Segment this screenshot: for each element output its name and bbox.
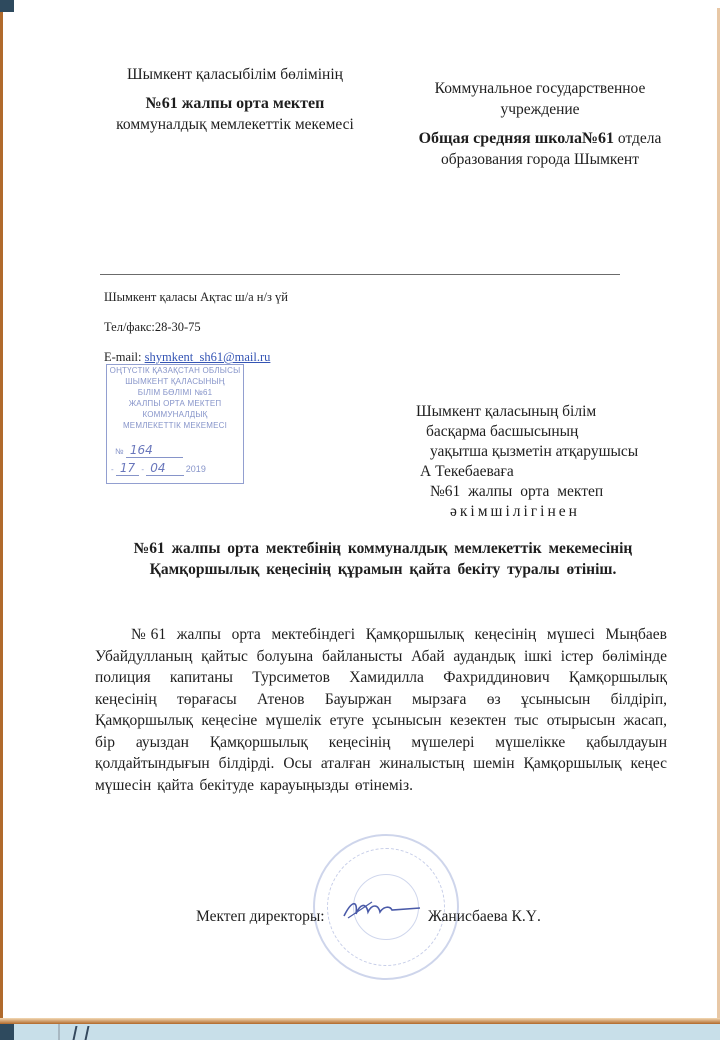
- header-right-school: Общая средняя школа№61: [419, 130, 614, 147]
- signature-line: Мектеп директоры: Жанисбаева К.Ү.: [196, 908, 325, 926]
- stamp-registration-number: № 164: [115, 445, 235, 457]
- decorative-stroke: [85, 1026, 90, 1040]
- addressee-line: №61 жалпы орта мектеп: [416, 482, 638, 502]
- stamp-date: - 17 - 04 2019: [111, 463, 239, 475]
- body-paragraph: №61 жалпы орта мектебіндегі Қамқоршылық …: [95, 624, 667, 796]
- email-label: E-mail:: [104, 350, 145, 364]
- addressee-block: Шымкент қаласының білім басқарма басшысы…: [416, 402, 638, 522]
- stamp-line: КОММУНАЛДЫҚ: [107, 409, 243, 420]
- decorative-stroke: [73, 1026, 78, 1040]
- stamp-date-year: 2019: [186, 464, 206, 474]
- stamp-line: ЖАЛПЫ ОРТА МЕКТЕП: [107, 398, 243, 409]
- stamp-line: МЕМЛЕКЕТТІК МЕКЕМЕСІ: [107, 420, 243, 431]
- document-title: №61 жалпы орта мектебінің коммуналдық ме…: [80, 538, 686, 580]
- email-link[interactable]: shymkent_sh61@mail.ru: [145, 350, 271, 364]
- document-body: №61 жалпы орта мектебіндегі Қамқоршылық …: [95, 624, 667, 796]
- frame-corner-bottom-left: [0, 1024, 14, 1040]
- addressee-line: А Текебаеваға: [416, 462, 638, 482]
- header-right-line3: Общая средняя школа№61 отдела: [395, 128, 685, 149]
- header-right-line1: Коммунальное государственное: [395, 78, 685, 99]
- frame-corner-top-left: [0, 0, 14, 12]
- addressee-line: әкімшілігінен: [416, 502, 638, 522]
- decorative-pole: [58, 1024, 60, 1040]
- signature-mark: [342, 896, 422, 922]
- addressee-line: Шымкент қаласының білім: [416, 402, 638, 422]
- header-right-line2: учреждение: [395, 99, 685, 120]
- header-right-line3-rest: отдела: [614, 130, 661, 147]
- addressee-line: басқарма басшысының: [416, 422, 638, 442]
- header-divider: [100, 274, 620, 275]
- contact-email: E-mail: shymkent_sh61@mail.ru: [104, 350, 270, 365]
- background-bar: [0, 1024, 720, 1040]
- stamp-reg-label: №: [115, 447, 124, 456]
- signature-label: Мектеп директоры:: [196, 908, 325, 925]
- header-kazakh: Шымкент қаласыбілім бөлімінің №61 жалпы …: [100, 64, 370, 135]
- stamp-line: ОҢТҮСТІК ҚАЗАҚСТАН ОБЛЫСЫ: [107, 365, 243, 376]
- contact-phone: Тел/факс:28-30-75: [104, 320, 201, 335]
- signatory-name: Жанисбаева К.Ү.: [428, 908, 541, 926]
- registration-stamp: ОҢТҮСТІК ҚАЗАҚСТАН ОБЛЫСЫ ШЫМКЕНТ ҚАЛАСЫ…: [106, 364, 244, 484]
- title-line2: Қамқоршылық кеңесінің құрамын қайта бекі…: [80, 559, 686, 580]
- stamp-date-day: 17: [116, 461, 139, 476]
- contact-address: Шымкент қаласы Ақтас ш/а н/з үй: [104, 290, 288, 305]
- header-left-school: №61 жалпы орта мектеп: [100, 93, 370, 114]
- addressee-line: уақытша қызметін атқарушысы: [416, 442, 638, 462]
- header-left-line1: Шымкент қаласыбілім бөлімінің: [100, 64, 370, 85]
- header-left-line3: коммуналдық мемлекеттік мекемесі: [100, 114, 370, 135]
- stamp-date-month: 04: [146, 461, 183, 476]
- header-right-line4: образования города Шымкент: [395, 149, 685, 170]
- frame-left-edge: [0, 12, 3, 1018]
- header-russian: Коммунальное государственное учреждение …: [395, 78, 685, 170]
- stamp-reg-number: 164: [126, 443, 183, 458]
- stamp-line: БІЛІМ БӨЛІМІ №61: [107, 387, 243, 398]
- stamp-line: ШЫМКЕНТ ҚАЛАСЫНЫҢ: [107, 376, 243, 387]
- title-line1: №61 жалпы орта мектебінің коммуналдық ме…: [80, 538, 686, 559]
